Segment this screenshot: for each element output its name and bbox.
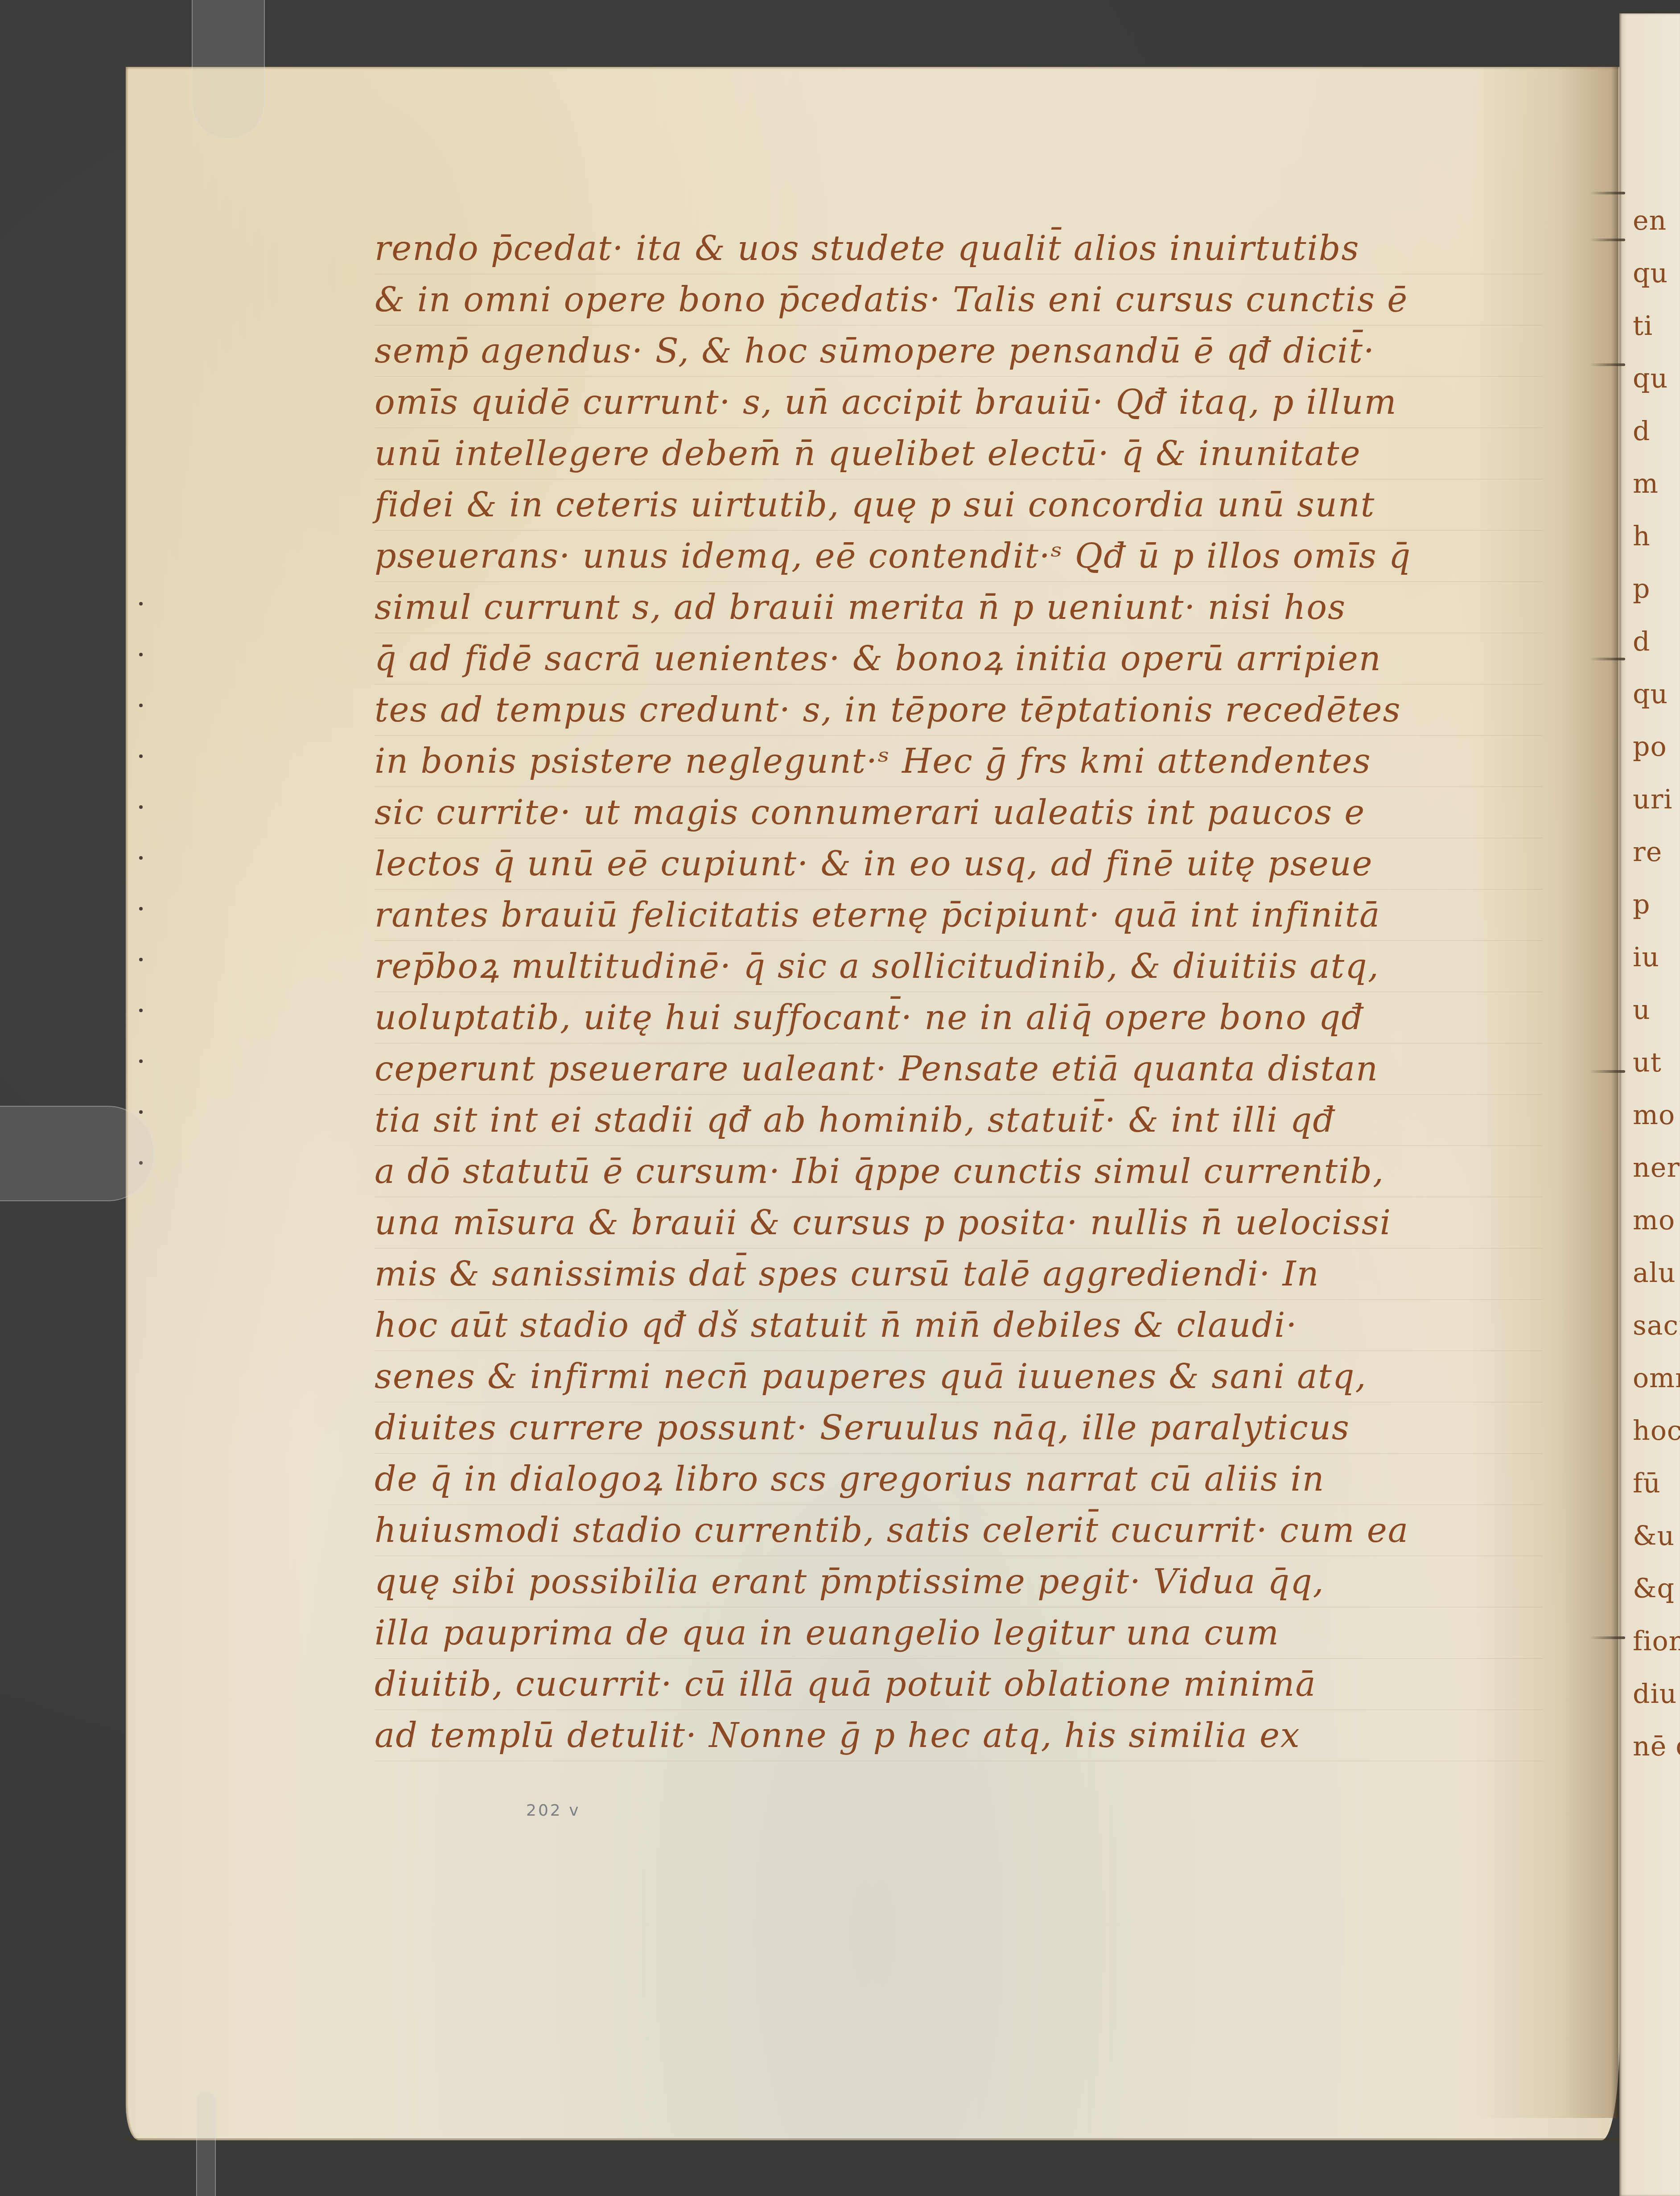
pricking-dot-icon	[139, 856, 143, 860]
text-line: rendo p̄cedat· ita & uos studete qualit̄…	[375, 223, 1543, 274]
pricking-mark-icon	[1589, 363, 1625, 366]
facing-page-fragment: qu	[1633, 363, 1668, 394]
pricking-dot-icon	[139, 653, 143, 656]
text-line: simul currunt s, ad brauii merita n̄ p u…	[375, 582, 1543, 633]
text-line: uoluptatib, uitę hui suffocant̄· ne in a…	[375, 992, 1543, 1043]
facing-page-fragment: qu	[1633, 258, 1668, 289]
pricking-dot-icon	[139, 1009, 143, 1012]
facing-page-fragment: fion	[1633, 1626, 1680, 1657]
text-line: & in omni opere bono p̄cedatis· Talis en…	[375, 274, 1543, 325]
main-text-block: rendo p̄cedat· ita & uos studete qualit̄…	[375, 223, 1543, 1761]
pricking-dot-icon	[139, 704, 143, 707]
text-line: de q̄ in dialogoꝝ libro scs gregorius na…	[375, 1454, 1543, 1505]
text-line: semp̄ agendus· S, & hoc sūmopere pensand…	[375, 325, 1543, 377]
pricking-dot-icon	[139, 1059, 143, 1063]
facing-page-fragment: re	[1633, 836, 1662, 868]
pricking-dot-icon	[139, 602, 143, 606]
text-line: lectos q̄ unū eē cupiunt· & in eo usq, a…	[375, 838, 1543, 890]
facing-page-fragment: fū	[1633, 1468, 1661, 1499]
text-line: senes & infirmi necn̄ pauperes quā iuuen…	[375, 1351, 1543, 1402]
pricking-dot-icon	[139, 805, 143, 809]
text-line: unū intellegere debem̄ n̄ quelibet elect…	[375, 428, 1543, 479]
facing-page-fragment: po	[1633, 731, 1667, 762]
facing-page-fragment: p	[1633, 889, 1650, 920]
text-line: quę sibi possibilia erant p̄mptissime pe…	[375, 1556, 1543, 1607]
pricking-mark-icon	[1589, 1636, 1625, 1639]
facing-page-fragment: d	[1633, 416, 1650, 447]
pricking-dot-icon	[139, 907, 143, 911]
text-line: tes ad tempus credunt· s, in tēpore tēpt…	[375, 684, 1543, 736]
facing-page-fragment: mo	[1633, 1100, 1675, 1131]
text-line: una mīsura & brauii & cursus p posita· n…	[375, 1197, 1543, 1248]
text-line: in bonis psistere neglegunt·ˢ Hec ḡ frs …	[375, 736, 1543, 787]
text-line: fidei & in ceteris uirtutib, quę p sui c…	[375, 479, 1543, 531]
facing-page-fragment: m	[1633, 468, 1659, 499]
facing-page-fragment: nē qu	[1633, 1731, 1680, 1762]
facing-page-fragment: alu	[1633, 1257, 1676, 1289]
pricking-dot-icon	[139, 1110, 143, 1114]
text-line: huiusmodi stadio currentib, satis celeri…	[375, 1505, 1543, 1556]
facing-page-fragment: uri	[1633, 784, 1673, 815]
text-line: rantes brauiū felicitatis eternę p̄cipiu…	[375, 890, 1543, 941]
facing-page-fragment: &u	[1633, 1520, 1675, 1552]
clip-bottom-icon	[196, 2091, 216, 2196]
facing-page-fragment: ti	[1633, 310, 1653, 342]
facing-page-edge: enqutiqudmhpdqupourirepiuuutmonermoalusa…	[1619, 13, 1680, 2196]
facing-page-fragment: h	[1633, 521, 1651, 552]
facing-page-fragment: mo	[1633, 1205, 1675, 1236]
facing-page-fragment: d	[1633, 626, 1650, 657]
facing-page-fragment: diu	[1633, 1678, 1677, 1710]
pricking-mark-icon	[1589, 239, 1625, 241]
facing-page-fragment: &q	[1633, 1573, 1675, 1604]
facing-page-fragment: hoc	[1633, 1415, 1680, 1446]
clip-top-icon	[192, 0, 265, 139]
facing-page-fragment: ut	[1633, 1047, 1662, 1078]
text-line: tia sit int ei stadii qđ ab hominib, sta…	[375, 1095, 1543, 1146]
text-line: rep̄boꝝ multitudinē· q̄ sic a sollicitud…	[375, 941, 1543, 992]
text-line: q̄ ad fidē sacrā uenientes· & bonoꝝ init…	[375, 633, 1543, 684]
facing-page-fragment: iu	[1633, 942, 1659, 973]
text-line: ad templū detulit· Nonne ḡ p hec atq, hi…	[375, 1710, 1543, 1761]
text-line: hoc aūt stadio qđ dš statuit n̄ min̄ deb…	[375, 1300, 1543, 1351]
text-line: pseuerans· unus idemq, eē contendit·ˢ Qđ…	[375, 531, 1543, 582]
text-line: ceperunt pseuerare ualeant· Pensate etiā…	[375, 1043, 1543, 1095]
facing-page-fragment: sacr	[1633, 1310, 1680, 1341]
text-line: illa pauprima de qua in euangelio legitu…	[375, 1607, 1543, 1659]
clip-middle-left-icon	[0, 1106, 155, 1201]
pricking-mark-icon	[1589, 192, 1625, 194]
facing-page-fragment: qu	[1633, 679, 1668, 710]
text-line: a dō statutū ē cursum· Ibi q̄ppe cunctis…	[375, 1146, 1543, 1197]
facing-page-fragment: p	[1633, 573, 1650, 605]
text-line: sic currite· ut magis connumerari ualeat…	[375, 787, 1543, 838]
facing-page-fragment: en	[1633, 205, 1667, 236]
text-line: diuites currere possunt· Seruulus nāq, i…	[375, 1402, 1543, 1454]
pricking-mark-icon	[1589, 1070, 1625, 1073]
facing-page-fragment: u	[1633, 994, 1651, 1026]
pricking-dot-icon	[139, 958, 143, 961]
pricking-mark-icon	[1589, 658, 1625, 660]
folio-number: 202 v	[526, 1801, 580, 1820]
facing-page-fragment: ner	[1633, 1152, 1680, 1183]
text-line: diuitib, cucurrit· cū illā quā potuit ob…	[375, 1659, 1543, 1710]
facing-page-fragment: omn	[1633, 1363, 1680, 1394]
text-line: mis & sanissimis dat̄ spes cursū talē ag…	[375, 1248, 1543, 1300]
text-line: omīs quidē currunt· s, un̄ accipit braui…	[375, 377, 1543, 428]
pricking-dot-icon	[139, 754, 143, 758]
